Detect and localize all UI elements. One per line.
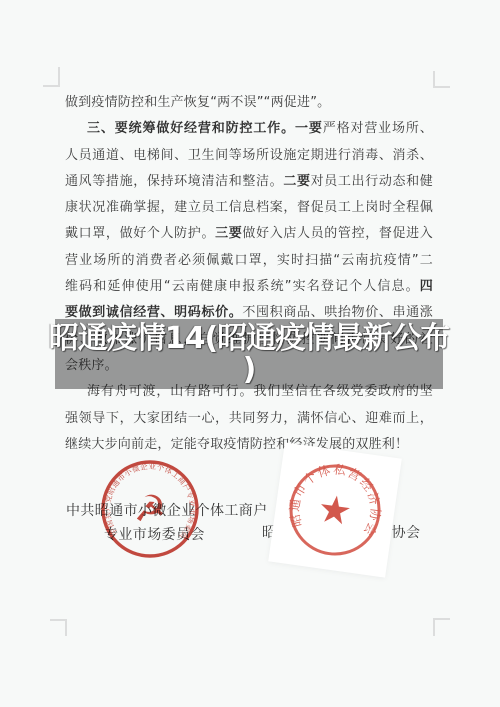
hammer-sickle-icon: ☭ — [134, 489, 166, 530]
crop-mark-top-right-icon — [433, 71, 450, 88]
document-line: 做到疫情防控和生产恢复“两不误”“两促进”。 — [65, 90, 433, 116]
crop-mark-top-left-icon — [43, 67, 60, 87]
party-committee-seal: 中国共产党昭通市小微企业个体工商户专业市场委员会 ☭ — [95, 454, 205, 564]
document-line: 维码和延伸使用“云南健康申报系统”实名登记个人信息。四 — [65, 274, 433, 300]
document-line: 通风等措施，保持环境清洁和整洁。二要对员工出行动态和健 — [65, 169, 433, 195]
star-icon: ★ — [315, 486, 355, 534]
document-line: 强领导下，大家团结一心，共同努力，满怀信心、迎难而上， — [65, 406, 433, 432]
document-line: 康状况准确掌握，建立员工信息档案，督促员工上岗时全程佩 — [65, 195, 433, 221]
article-title-line1: 昭通疫情14(昭通疫情最新公布 — [49, 323, 449, 354]
document-body-text: 做到疫情防控和生产恢复“两不误”“两促进”。三、要统筹做好经营和防控工作。一要严… — [65, 90, 433, 458]
association-seal: 昭通市个体私营经济协会 ★ — [268, 442, 402, 577]
article-title-line2: ) — [243, 354, 256, 385]
document-line: 戴口罩，做好个人防护。三要做好入店人员的管控，督促进入 — [65, 221, 433, 247]
crop-mark-bottom-right-icon — [433, 618, 450, 636]
crop-mark-bottom-left-icon — [50, 619, 67, 636]
document-line: 营业场所的消费者必须佩戴口罩，实时扫描“云南抗疫情”二 — [65, 248, 433, 274]
document-line: 人员通道、电梯间、卫生间等场所设施定期进行消毒、消杀、 — [65, 143, 433, 169]
document-line: 三、要统筹做好经营和防控工作。一要严格对营业场所、 — [65, 116, 433, 142]
article-title-overlay: 昭通疫情14(昭通疫情最新公布 ) — [55, 319, 443, 389]
scanned-document-page: 做到疫情防控和生产恢复“两不误”“两促进”。三、要统筹做好经营和防控工作。一要严… — [0, 0, 500, 707]
